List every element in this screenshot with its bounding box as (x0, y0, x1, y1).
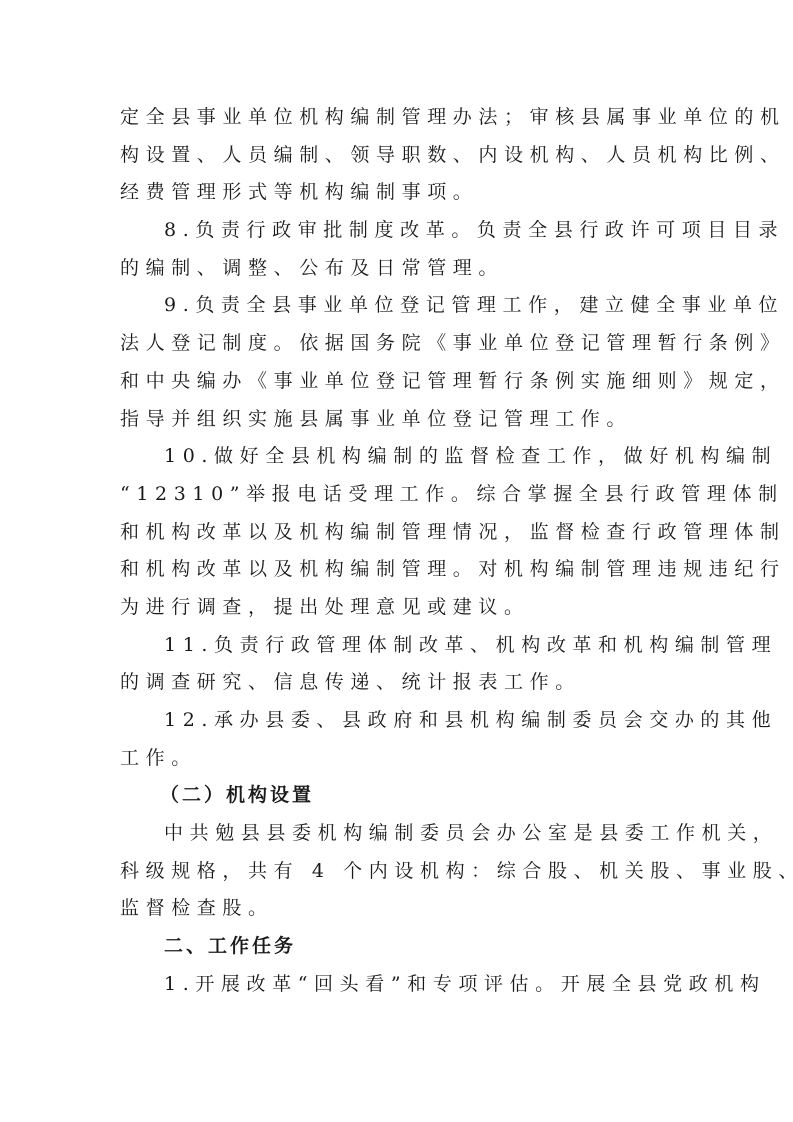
section-heading-work-tasks: 二、工作任务 (120, 928, 676, 966)
list-item-8: 8.负责行政审批制度改革。负责全县行政许可项目目录 (120, 212, 676, 250)
section-heading-institution-setup: （二）机构设置 (120, 777, 676, 815)
list-item-10: 10.做好全县机构编制的监督检查工作，做好机构编制 (120, 438, 676, 476)
paragraph-line: 和机构改革以及机构编制管理情况，监督检查行政管理体制 (120, 514, 676, 552)
paragraph-line: 监督检查股。 (120, 890, 676, 928)
document-page: 定全县事业单位机构编制管理办法；审核县属事业单位的机 构设置、人员编制、领导职数… (0, 0, 793, 1122)
list-item-9: 9.负责全县事业单位登记管理工作，建立健全事业单位 (120, 287, 676, 325)
list-item-1: 1.开展改革“回头看”和专项评估。开展全县党政机构 (120, 966, 676, 1004)
paragraph-line: “12310”举报电话受理工作。综合掌握全县行政管理体制 (120, 476, 676, 514)
paragraph-line: 经费管理形式等机构编制事项。 (120, 174, 676, 212)
paragraph-first-line: 中共勉县县委机构编制委员会办公室是县委工作机关， (120, 815, 676, 853)
list-item-12: 12.承办县委、县政府和县机构编制委员会交办的其他 (120, 702, 676, 740)
paragraph-line: 法人登记制度。依据国务院《事业单位登记管理暂行条例》 (120, 325, 676, 363)
paragraph-line: 工作。 (120, 740, 676, 778)
document-body: 定全县事业单位机构编制管理办法；审核县属事业单位的机 构设置、人员编制、领导职数… (120, 99, 676, 1004)
paragraph-line: 的调查研究、信息传递、统计报表工作。 (120, 664, 676, 702)
paragraph-line: 和中央编办《事业单位登记管理暂行条例实施细则》规定， (120, 363, 676, 401)
paragraph-line: 定全县事业单位机构编制管理办法；审核县属事业单位的机 (120, 99, 676, 137)
paragraph-line: 为进行调查，提出处理意见或建议。 (120, 589, 676, 627)
paragraph-line: 指导并组织实施县属事业单位登记管理工作。 (120, 401, 676, 439)
paragraph-line: 的编制、调整、公布及日常管理。 (120, 250, 676, 288)
paragraph-line: 和机构改革以及机构编制管理。对机构编制管理违规违纪行 (120, 551, 676, 589)
paragraph-line: 构设置、人员编制、领导职数、内设机构、人员机构比例、 (120, 137, 676, 175)
list-item-11: 11.负责行政管理体制改革、机构改革和机构编制管理 (120, 627, 676, 665)
paragraph-line: 科级规格，共有 4 个内设机构：综合股、机关股、事业股、 (120, 853, 676, 891)
